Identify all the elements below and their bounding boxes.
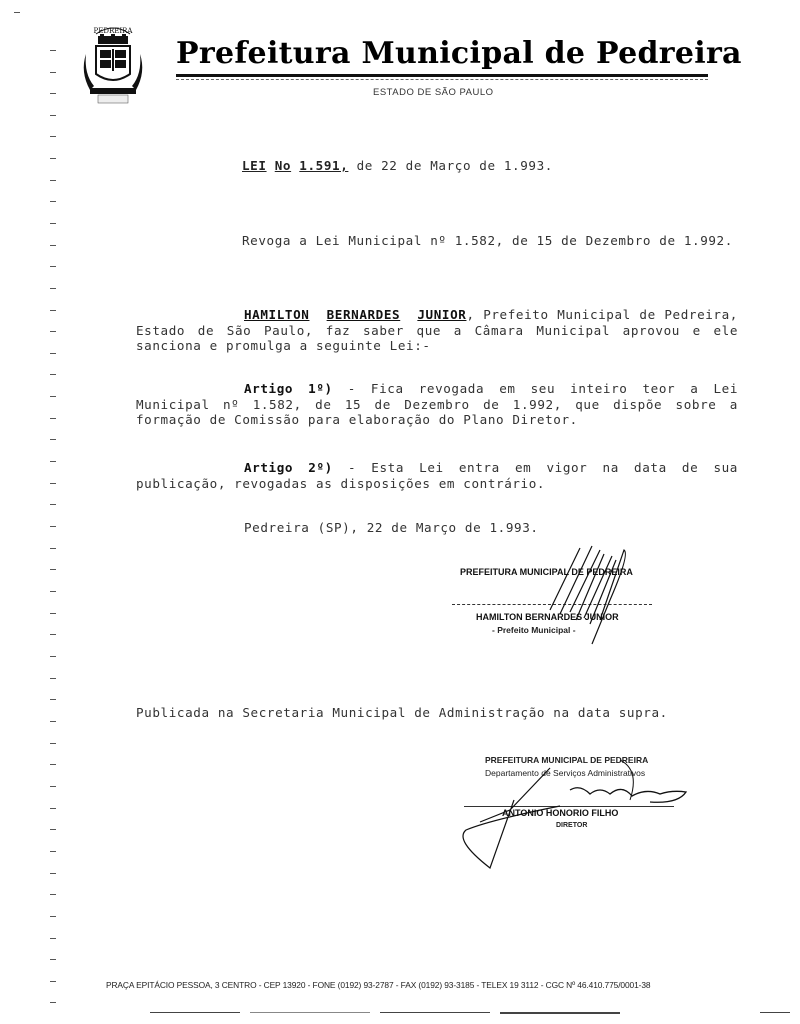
article-1-text: - Fica revogada em seu inteiro teor a Le…	[136, 381, 738, 427]
law-no-label: No	[275, 158, 291, 173]
law-date: de 22 de Março de 1.993.	[348, 158, 553, 173]
article-2: Artigo 2º) - Esta Lei entra em vigor na …	[136, 460, 738, 491]
article-1-label: Artigo 1º)	[244, 381, 333, 396]
article-2-text: - Esta Lei entra em vigor na data de sua…	[136, 460, 738, 491]
page-title: Prefeitura Municipal de Pedreira	[176, 36, 742, 71]
article-1: Artigo 1º) - Fica revogada em seu inteir…	[136, 381, 738, 428]
article-2-label: Artigo 2º)	[244, 460, 333, 475]
header-rule	[176, 74, 708, 77]
logo-label: PEDREIRA	[94, 27, 134, 35]
preamble: HAMILTON BERNARDES JUNIOR, Prefeito Muni…	[136, 307, 738, 354]
mayor-name-first: HAMILTON	[244, 307, 309, 322]
law-number: 1.591,	[299, 158, 348, 173]
place-date: Pedreira (SP), 22 de Março de 1.993.	[244, 520, 539, 535]
law-summary: Revoga a Lei Municipal nº 1.582, de 15 d…	[242, 233, 737, 249]
publication-note: Publicada na Secretaria Municipal de Adm…	[136, 705, 668, 720]
mayor-signature-scribble	[540, 540, 640, 650]
mayor-name-last: JUNIOR	[417, 307, 466, 322]
footer-address: PRAÇA EPITÁCIO PESSOA, 3 CENTRO - CEP 13…	[106, 980, 650, 990]
mayor-name-middle: BERNARDES	[327, 307, 401, 322]
director-signature-scribble	[450, 760, 690, 870]
header-rule-secondary	[176, 79, 708, 81]
header-subtitle: ESTADO DE SÃO PAULO	[373, 87, 494, 98]
law-label: LEI	[242, 158, 267, 173]
law-heading: LEI No 1.591, de 22 de Março de 1.993.	[242, 158, 553, 173]
coat-of-arms-icon: PEDREIRA	[84, 24, 142, 104]
